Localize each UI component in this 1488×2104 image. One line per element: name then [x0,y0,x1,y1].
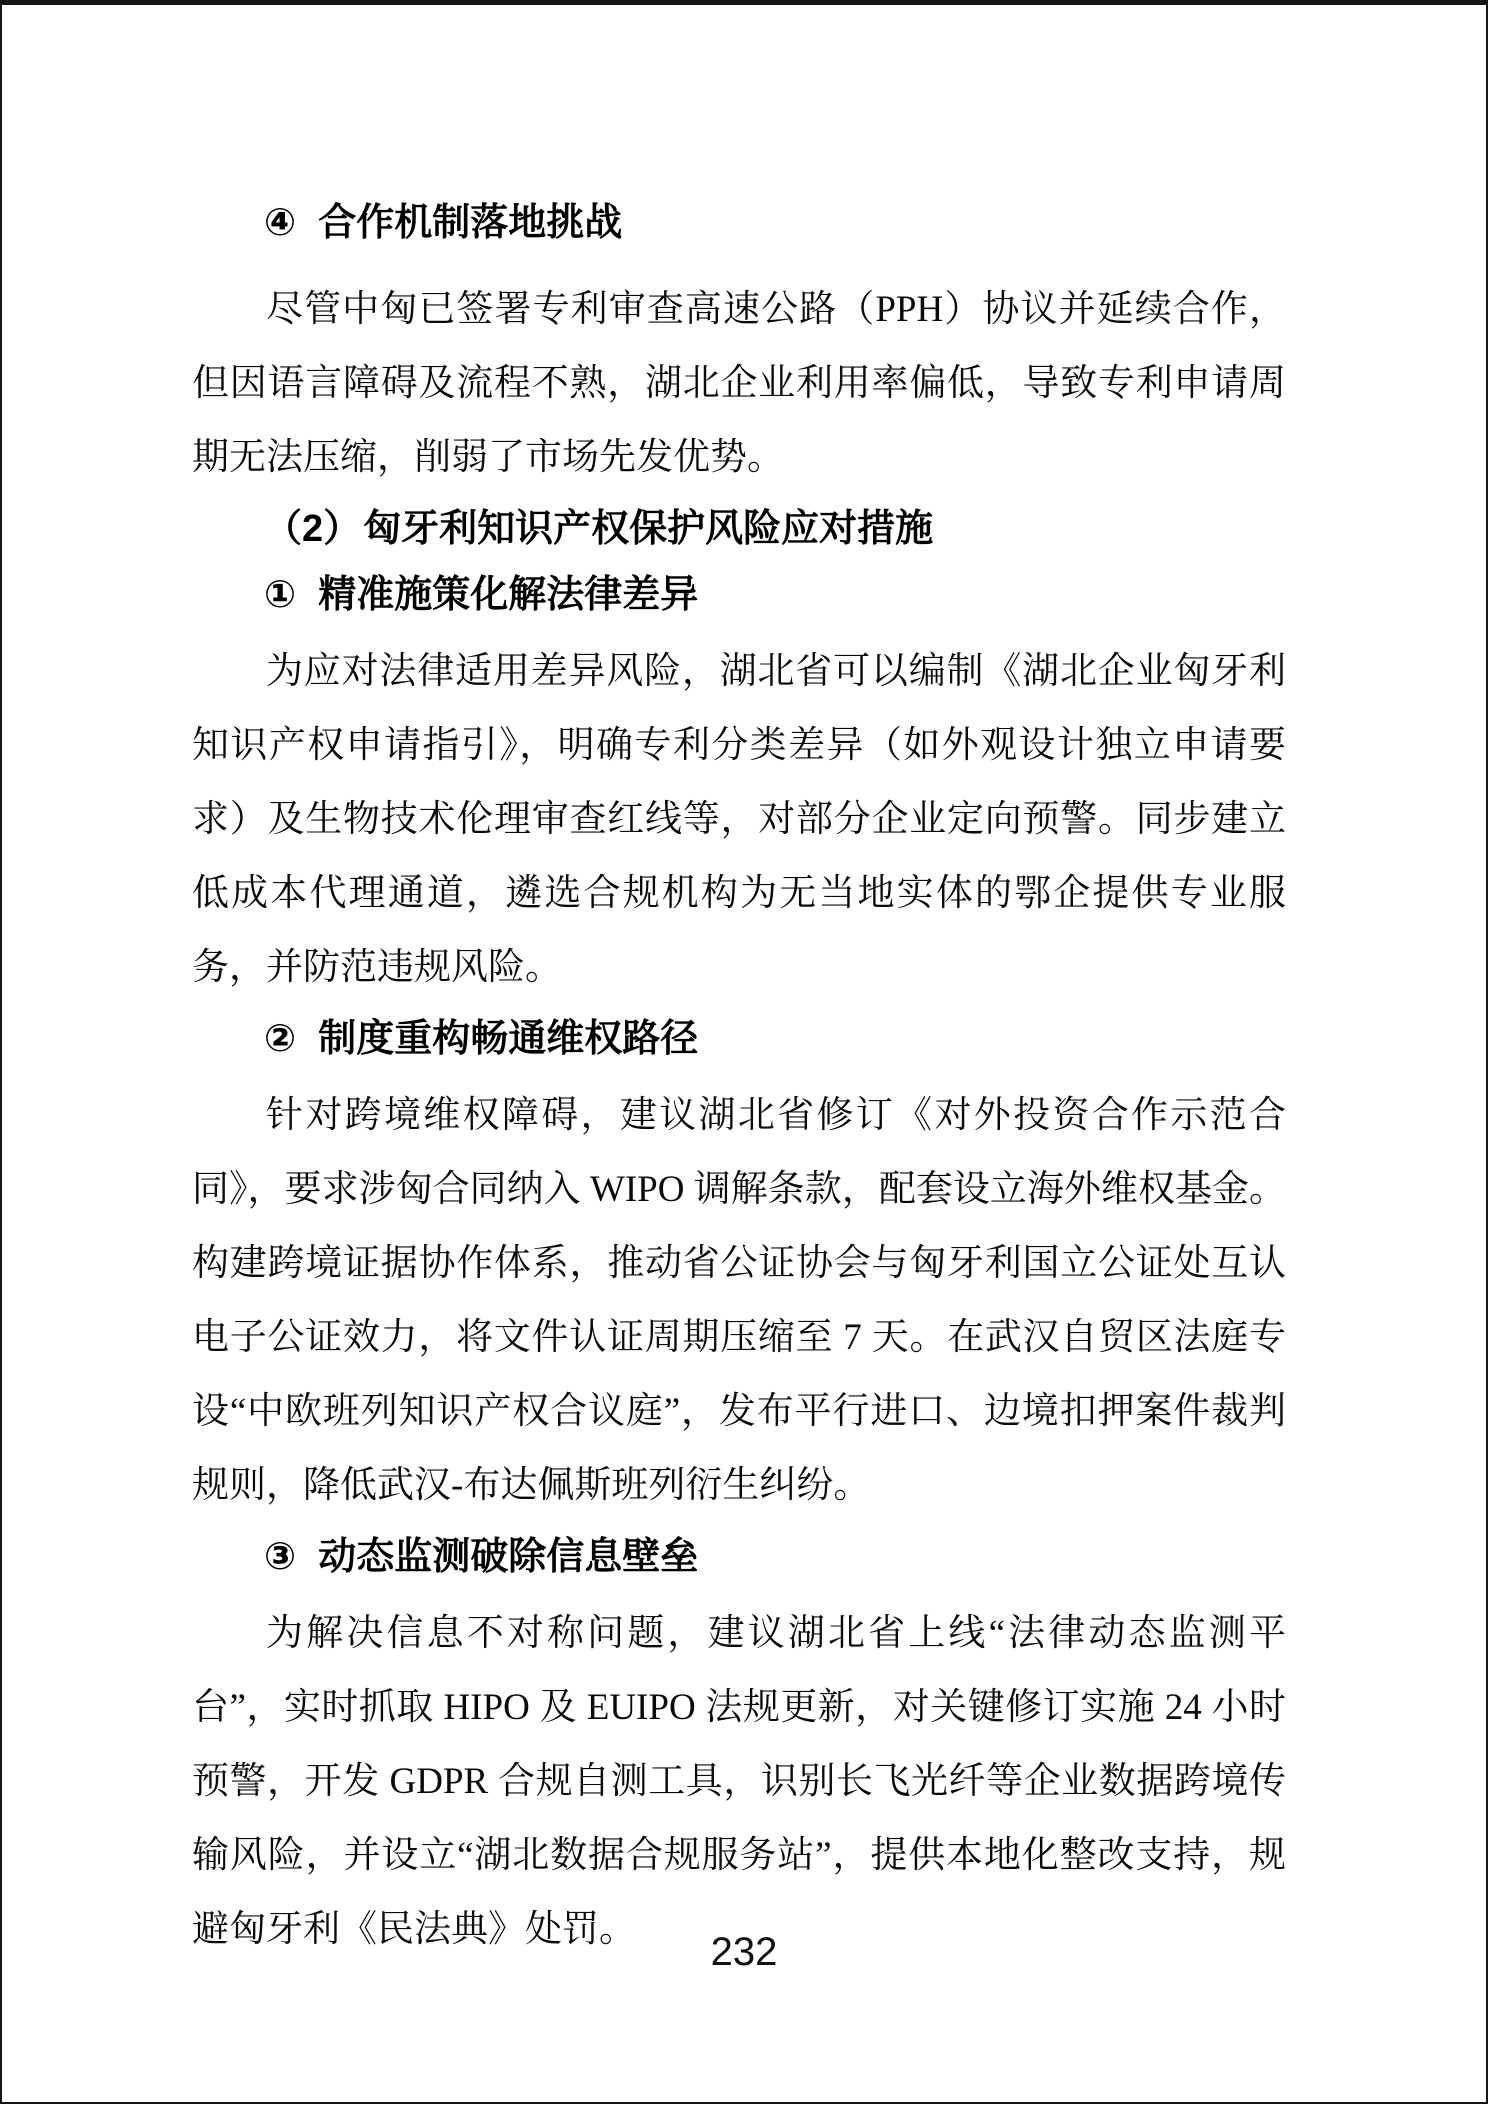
heading-cooperation-mechanism-challenge: ④ 合作机制落地挑战 [264,197,1286,249]
circled-number-1: ① [264,569,296,621]
page-content: ④ 合作机制落地挑战 尽管中匈已签署专利审查高速公路（PPH）协议并延续合作，但… [2,5,1486,1967]
heading-text: 制度重构畅通维权路径 [318,1013,698,1065]
heading-dynamic-monitoring-information-barriers: ③ 动态监测破除信息壁垒 [264,1531,1286,1583]
heading-system-restructure-rights-path: ② 制度重构畅通维权路径 [264,1013,1286,1065]
circled-number-3: ③ [264,1531,296,1583]
circled-number-4: ④ [264,197,296,249]
heading-text: 动态监测破除信息壁垒 [318,1531,698,1583]
paragraph-cross-border-rights-protection: 针对跨境维权障碍，建议湖北省修订《对外投资合作示范合同》，要求涉匈合同纳入 WI… [192,1079,1286,1523]
paragraph-pph-cooperation: 尽管中匈已签署专利审查高速公路（PPH）协议并延续合作，但因语言障碍及流程不熟，… [192,273,1286,495]
heading-hungary-ip-risk-measures: （2）匈牙利知识产权保护风险应对措施 [264,503,1286,555]
circled-number-2: ② [264,1013,296,1065]
page-number: 232 [2,1930,1486,1975]
heading-text: 精准施策化解法律差异 [318,569,698,621]
paragraph-legal-difference-response: 为应对法律适用差异风险，湖北省可以编制《湖北企业匈牙利知识产权申请指引》，明确专… [192,635,1286,1005]
document-page: ④ 合作机制落地挑战 尽管中匈已签署专利审查高速公路（PPH）协议并延续合作，但… [0,0,1488,2104]
heading-number-prefix: （2） [264,508,361,550]
paragraph-information-monitoring-platform: 为解决信息不对称问题，建议湖北省上线“法律动态监测平台”，实时抓取 HIPO 及… [192,1597,1286,1967]
heading-text: 合作机制落地挑战 [318,197,622,249]
heading-precise-policy-legal-differences: ① 精准施策化解法律差异 [264,569,1286,621]
heading-text: 匈牙利知识产权保护风险应对措施 [363,508,933,550]
